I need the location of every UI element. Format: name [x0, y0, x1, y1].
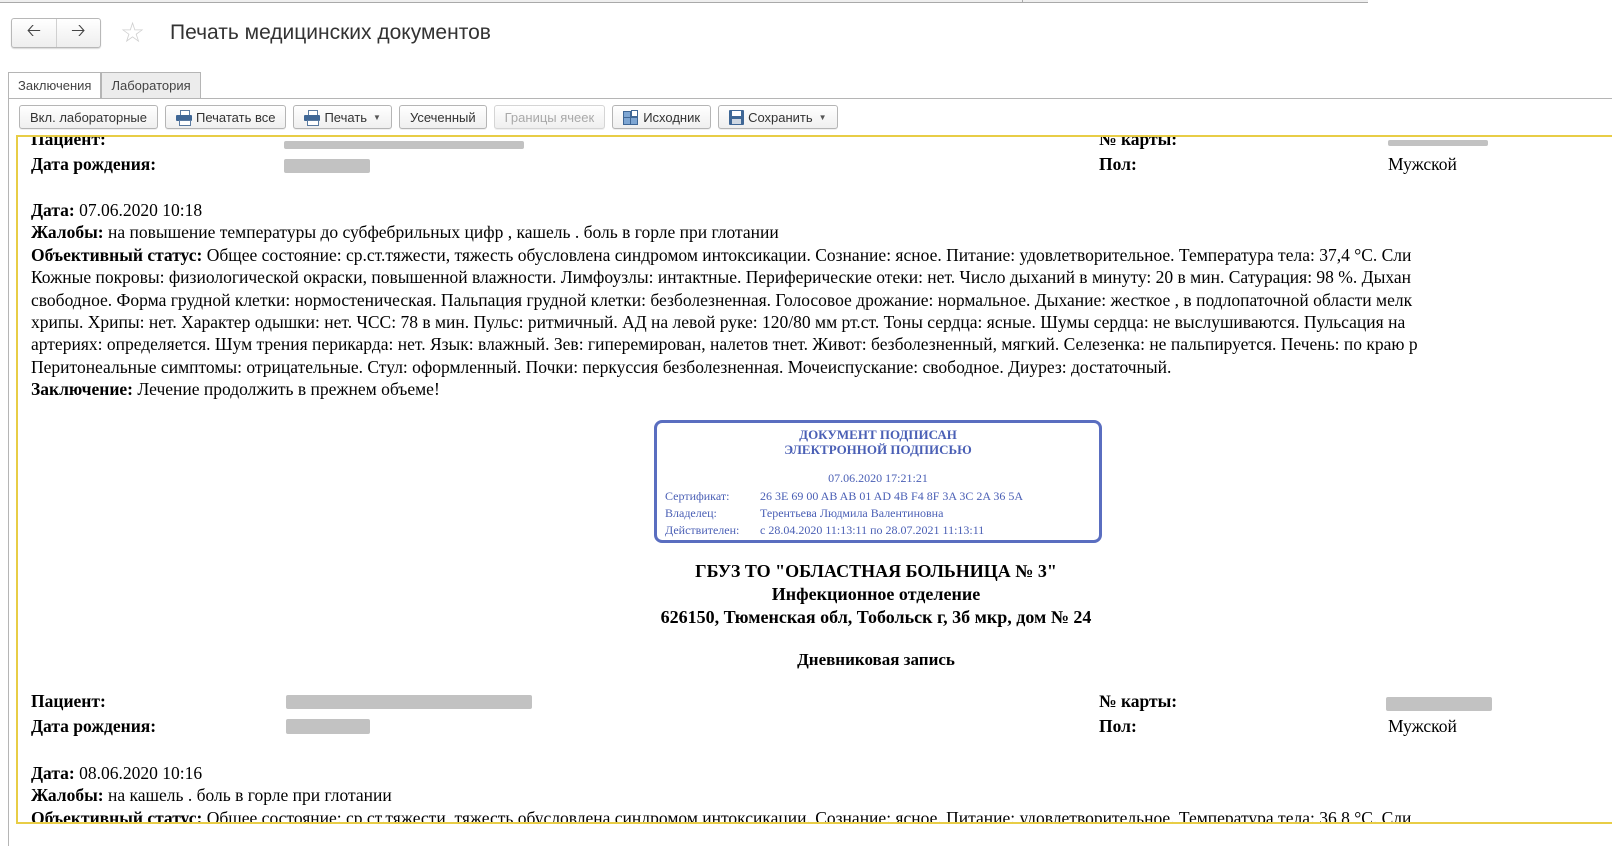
signature-timestamp: 07.06.2020 17:21:21	[657, 471, 1099, 486]
favorite-star-icon[interactable]: ☆	[120, 18, 145, 48]
status-label: Объективный статус:	[31, 808, 202, 824]
birthdate-value-redacted	[284, 154, 370, 175]
org-name: ГБУЗ ТО "ОБЛАСТНАЯ БОЛЬНИЦА № 3"	[18, 561, 1612, 582]
chevron-down-icon: ▼	[373, 113, 381, 122]
date-value: 07.06.2020 10:18	[79, 200, 202, 220]
date-label: Дата:	[31, 200, 75, 220]
truncated-label: Усеченный	[410, 110, 476, 125]
patient-value-redacted	[286, 690, 532, 711]
save-dropdown-button[interactable]: Сохранить ▼	[718, 105, 838, 129]
back-button[interactable]: 🡠	[12, 19, 56, 47]
tab-laboratory[interactable]: Лаборатория	[101, 72, 200, 98]
tab-bar: Заключения Лаборатория	[8, 72, 201, 98]
status-line: артериях: определяется. Шум трения перик…	[31, 333, 1612, 355]
include-lab-button[interactable]: Вкл. лабораторные	[19, 105, 158, 129]
source-button[interactable]: Исходник	[612, 105, 711, 129]
complaints-label: Жалобы:	[31, 785, 104, 805]
record1-body: Дата: 07.06.2020 10:18 Жалобы: на повыше…	[31, 199, 1612, 401]
print-label: Печать	[324, 110, 367, 125]
status-line: Перитонеальные симптомы: отрицательные. …	[31, 356, 1612, 378]
record2-body: Дата: 08.06.2020 10:16 Жалобы: на кашель…	[31, 762, 1612, 824]
taskbar-segment	[1022, 0, 1368, 3]
status-label: Объективный статус:	[31, 245, 202, 265]
print-all-button[interactable]: Печатать все	[165, 105, 286, 129]
status-line: Общее состояние: ср.ст.тяжести, тяжесть …	[207, 245, 1412, 265]
print-all-label: Печатать все	[196, 110, 275, 125]
history-nav: 🡠 🡢	[11, 18, 101, 48]
signature-subtitle: ЭЛЕКТРОННОЙ ПОДПИСЬЮ	[657, 442, 1099, 457]
status-line: свободное. Форма грудной клетки: нормост…	[31, 289, 1612, 311]
date-label: Дата:	[31, 763, 75, 783]
tab-conclusions[interactable]: Заключения	[8, 72, 101, 99]
date-value: 08.06.2020 10:16	[79, 763, 202, 783]
conclusion-label: Заключение:	[31, 379, 133, 399]
card-value-redacted	[1386, 692, 1492, 713]
complaints-value: на повышение температуры до субфебрильны…	[108, 222, 779, 242]
printer-icon	[304, 110, 320, 124]
org-address: 626150, Тюменская обл, Тобольск г, 3б мк…	[18, 607, 1612, 628]
arrow-right-icon: 🡢	[71, 18, 86, 48]
source-label: Исходник	[643, 110, 700, 125]
signature-title: ДОКУМЕНТ ПОДПИСАН	[657, 427, 1099, 442]
print-dropdown-button[interactable]: Печать ▼	[293, 105, 392, 129]
sex-value: Мужской	[1388, 154, 1457, 175]
card-label: № карты:	[1099, 135, 1177, 150]
owner-label: Владелец:	[665, 505, 760, 522]
document-viewer[interactable]: Пациент: № карты: Дата рождения: Пол: Му…	[16, 135, 1612, 824]
card-label: № карты:	[1099, 691, 1177, 712]
cell-borders-label: Границы ячеек	[505, 110, 595, 125]
signature-certificate: Сертификат:26 3E 69 00 AB AB 01 AD 4B F4…	[665, 488, 1023, 505]
birthdate-label: Дата рождения:	[31, 154, 156, 175]
tab-divider	[8, 98, 1612, 99]
sex-value: Мужской	[1388, 716, 1457, 737]
arrow-left-icon: 🡠	[26, 18, 41, 48]
page-title: Печать медицинских документов	[170, 19, 491, 47]
department-name: Инфекционное отделение	[18, 584, 1612, 605]
forward-button[interactable]: 🡢	[56, 19, 101, 47]
birthdate-label: Дата рождения:	[31, 716, 156, 737]
valid-value: с 28.04.2020 11:13:11 по 28.07.2021 11:1…	[760, 523, 984, 537]
signature-owner: Владелец:Терентьева Людмила Валентиновна	[665, 505, 943, 522]
truncated-button[interactable]: Усеченный	[399, 105, 487, 129]
document-type: Дневниковая запись	[18, 650, 1612, 670]
valid-label: Действителен:	[665, 522, 760, 539]
tab-panel-border	[8, 98, 9, 846]
status-line: Общее состояние: ср.ст.тяжести, тяжесть …	[207, 808, 1412, 824]
cert-label: Сертификат:	[665, 488, 760, 505]
complaints-value: на кашель . боль в горле при глотании	[108, 785, 392, 805]
patient-label: Пациент:	[31, 691, 106, 712]
conclusion-value: Лечение продолжить в прежнем объеме!	[137, 379, 439, 399]
complaints-label: Жалобы:	[31, 222, 104, 242]
toolbar: Вкл. лабораторные Печатать все Печать ▼ …	[19, 105, 838, 129]
cell-borders-button[interactable]: Границы ячеек	[494, 105, 606, 129]
status-line: Кожные покровы: физиологической окраски,…	[31, 266, 1612, 288]
include-lab-label: Вкл. лабораторные	[30, 110, 147, 125]
chevron-down-icon: ▼	[819, 113, 827, 122]
save-label: Сохранить	[748, 110, 813, 125]
cert-value: 26 3E 69 00 AB AB 01 AD 4B F4 8F 3A 3C 2…	[760, 489, 1023, 503]
card-value-redacted	[1388, 135, 1488, 152]
taskbar-segment	[0, 0, 1022, 3]
patient-value-redacted	[284, 135, 524, 154]
sex-label: Пол:	[1099, 716, 1137, 737]
e-signature-stamp: ДОКУМЕНТ ПОДПИСАН ЭЛЕКТРОННОЙ ПОДПИСЬЮ 0…	[654, 420, 1102, 543]
owner-value: Терентьева Людмила Валентиновна	[760, 506, 943, 520]
window-top-strip	[0, 0, 1612, 3]
status-line: хрипы. Хрипы: нет. Характер одышки: нет.…	[31, 311, 1612, 333]
birthdate-value-redacted	[286, 715, 370, 736]
source-icon	[623, 110, 639, 124]
patient-label: Пациент:	[31, 135, 106, 150]
printer-icon	[176, 110, 192, 124]
signature-validity: Действителен:с 28.04.2020 11:13:11 по 28…	[665, 522, 984, 539]
sex-label: Пол:	[1099, 154, 1137, 175]
floppy-disk-icon	[729, 110, 744, 125]
